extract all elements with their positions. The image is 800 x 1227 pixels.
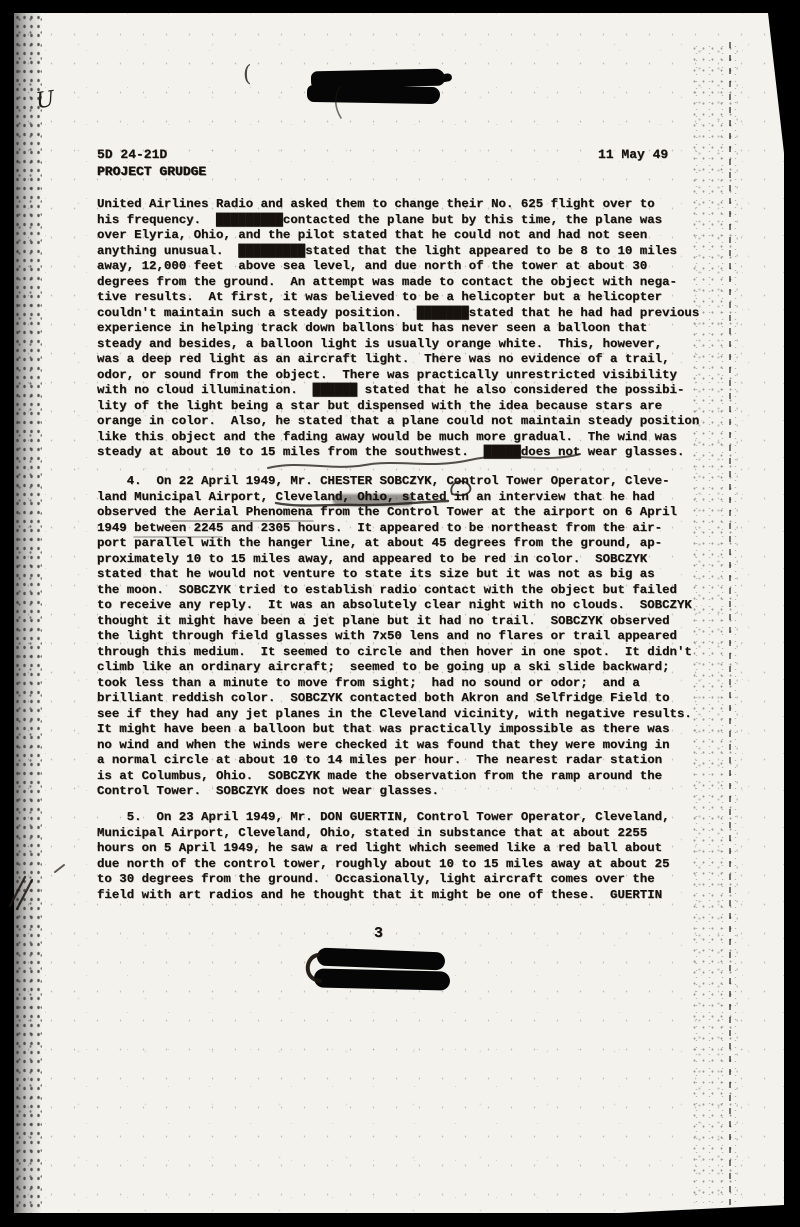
body-paragraph-4-sobczyk: 4. On 22 April 1949, Mr. CHESTER SOBCZYK… bbox=[97, 474, 692, 800]
project-title: PROJECT GRUDGE bbox=[97, 164, 206, 180]
redaction-stamp-bottom-bar2 bbox=[314, 968, 450, 990]
ink-overstrike-smudge bbox=[333, 494, 413, 506]
body-paragraph-continuation: United Airlines Radio and asked them to … bbox=[97, 197, 699, 461]
redaction-stamp-top-bar2 bbox=[307, 85, 440, 104]
fold-crease-line bbox=[729, 42, 731, 1210]
scanned-document-page: U ( 5D 24-21D 11 May 49 PROJECT GRUDGE U… bbox=[0, 0, 800, 1227]
page-number: 3 bbox=[374, 926, 383, 942]
handwritten-classification-mark: U bbox=[34, 87, 56, 114]
pen-paren-mark: ( bbox=[243, 62, 252, 87]
file-number: 5D 24-21D bbox=[97, 147, 167, 163]
document-date: 11 May 49 bbox=[598, 147, 668, 163]
body-paragraph-5-guertin: 5. On 23 April 1949, Mr. DON GUERTIN, Co… bbox=[97, 810, 670, 903]
